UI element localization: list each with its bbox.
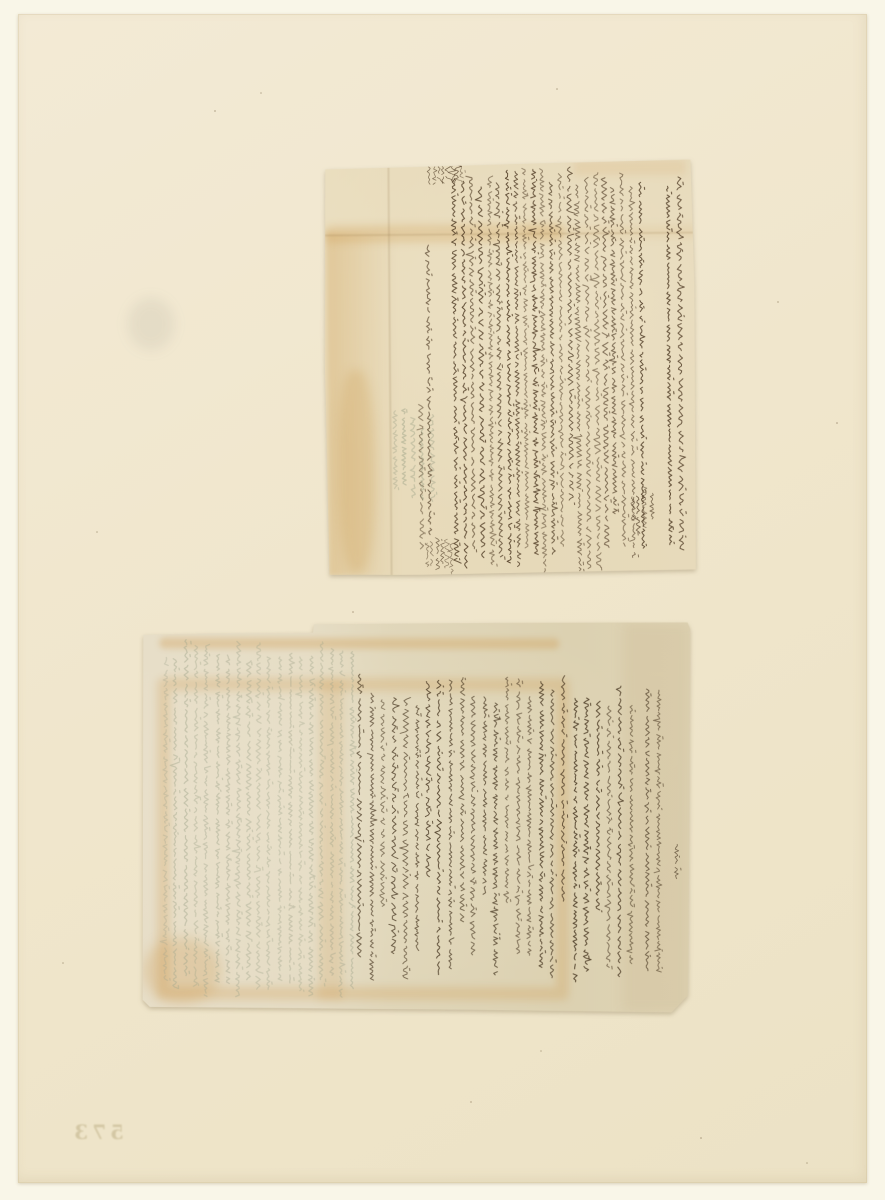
- scan-mount: { "document": { "kind": "manuscript-scan…: [0, 0, 885, 1200]
- ink-speck: [352, 611, 354, 613]
- ink-speck: [540, 1050, 542, 1052]
- manuscript-top-paper: [323, 160, 696, 577]
- manuscript-sheet-bottom: [143, 622, 691, 1013]
- manuscript-sheet-top: [323, 160, 696, 577]
- handwriting-layer: [323, 160, 696, 577]
- ink-speck: [96, 531, 98, 533]
- ink-speck: [777, 301, 779, 303]
- ink-speck: [62, 962, 64, 964]
- catalog-number: 573: [54, 1120, 124, 1144]
- ink-speck: [260, 92, 262, 94]
- handwriting-layer: [143, 622, 691, 1013]
- ink-speck: [214, 110, 216, 112]
- manuscript-bottom-paper: [143, 622, 691, 1013]
- ink-speck: [700, 1137, 702, 1139]
- gray-smudge: [128, 298, 174, 350]
- ink-speck: [470, 1101, 472, 1103]
- ink-speck: [836, 422, 838, 424]
- ink-speck: [556, 88, 558, 90]
- ink-speck: [806, 1162, 808, 1164]
